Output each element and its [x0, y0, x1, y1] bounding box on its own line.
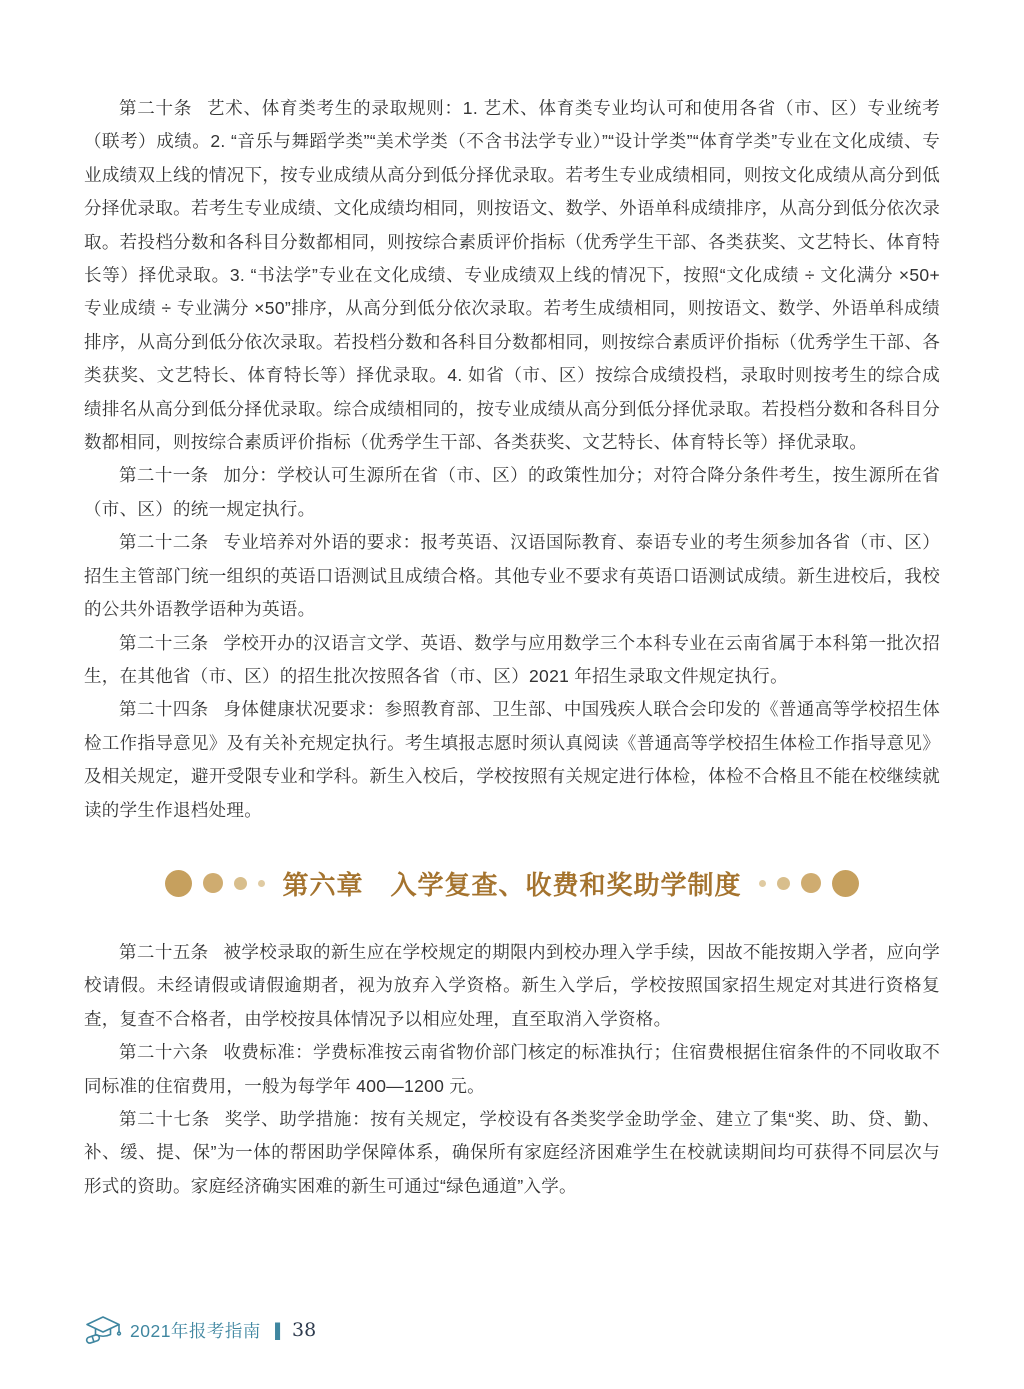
article-number: 第二十三条 [119, 633, 209, 653]
article-paragraph-25: 第二十五条被学校录取的新生应在学校规定的期限内到校办理入学手续，因故不能按期入学… [84, 936, 940, 1036]
article-paragraph-27: 第二十七条奖学、助学措施：按有关规定，学校设有各类奖学金助学金、建立了集“奖、助… [84, 1103, 940, 1203]
ornament-dot-icon [759, 880, 766, 887]
ornament-dot-icon [832, 870, 859, 897]
article-paragraph-24: 第二十四条身体健康状况要求：参照教育部、卫生部、中国残疾人联合会印发的《普通高等… [84, 693, 940, 827]
page-number: 38 [292, 1319, 316, 1341]
article-number: 第二十条 [119, 98, 192, 118]
article-text: 身体健康状况要求：参照教育部、卫生部、中国残疾人联合会印发的《普通高等学校招生体… [84, 699, 940, 819]
footer-divider: | [272, 1320, 283, 1341]
article-text: 加分：学校认可生源所在省（市、区）的政策性加分；对符合降分条件考生，按生源所在省… [84, 465, 940, 518]
ornament-dot-icon [203, 873, 223, 893]
article-text: 学校开办的汉语言文学、英语、数学与应用数学三个本科专业在云南省属于本科第一批次招… [84, 633, 940, 686]
chapter-title: 第六章 入学复查、收费和奖助学制度 [282, 865, 741, 902]
article-number: 第二十五条 [119, 942, 209, 962]
article-number: 第二十七条 [119, 1109, 210, 1129]
document-page: 第二十条艺术、体育类考生的录取规则：1. 艺术、体育类专业均认可和使用各省（市、… [0, 0, 1024, 1389]
article-text: 被学校录取的新生应在学校规定的期限内到校办理入学手续，因故不能按期入学者，应向学… [84, 942, 940, 1029]
article-paragraph-26: 第二十六条收费标准：学费标准按云南省物价部门核定的标准执行；住宿费根据住宿条件的… [84, 1036, 940, 1103]
article-paragraph-22: 第二十二条专业培养对外语的要求：报考英语、汉语国际教育、泰语专业的考生须参加各省… [84, 526, 940, 626]
article-paragraph-23: 第二十三条学校开办的汉语言文学、英语、数学与应用数学三个本科专业在云南省属于本科… [84, 627, 940, 694]
article-paragraph-20: 第二十条艺术、体育类考生的录取规则：1. 艺术、体育类专业均认可和使用各省（市、… [84, 92, 940, 459]
ornament-dot-icon [234, 877, 247, 890]
page-footer: 2021年报考指南 | 38 [84, 1314, 316, 1346]
ornament-dot-icon [777, 877, 790, 890]
ornament-dot-icon [801, 873, 821, 893]
chapter-heading: 第六章 入学复查、收费和奖助学制度 [84, 865, 940, 902]
article-text: 专业培养对外语的要求：报考英语、汉语国际教育、泰语专业的考生须参加各省（市、区）… [84, 532, 940, 619]
article-number: 第二十二条 [119, 532, 209, 552]
ornament-dots-right [759, 870, 859, 897]
ornament-dots-left [165, 870, 265, 897]
article-text: 收费标准：学费标准按云南省物价部门核定的标准执行；住宿费根据住宿条件的不同收取不… [84, 1042, 940, 1095]
footer-guide-title: 2021年报考指南 [130, 1318, 261, 1343]
article-number: 第二十六条 [119, 1042, 209, 1062]
article-paragraph-21: 第二十一条加分：学校认可生源所在省（市、区）的政策性加分；对符合降分条件考生，按… [84, 459, 940, 526]
article-number: 第二十一条 [119, 465, 209, 485]
ornament-dot-icon [258, 880, 265, 887]
article-number: 第二十四条 [119, 699, 209, 719]
ornament-dot-icon [165, 870, 192, 897]
article-text: 艺术、体育类考生的录取规则：1. 艺术、体育类专业均认可和使用各省（市、区）专业… [84, 98, 940, 452]
article-text: 奖学、助学措施：按有关规定，学校设有各类奖学金助学金、建立了集“奖、助、贷、勤、… [84, 1109, 940, 1196]
graduation-cap-icon [84, 1314, 122, 1346]
